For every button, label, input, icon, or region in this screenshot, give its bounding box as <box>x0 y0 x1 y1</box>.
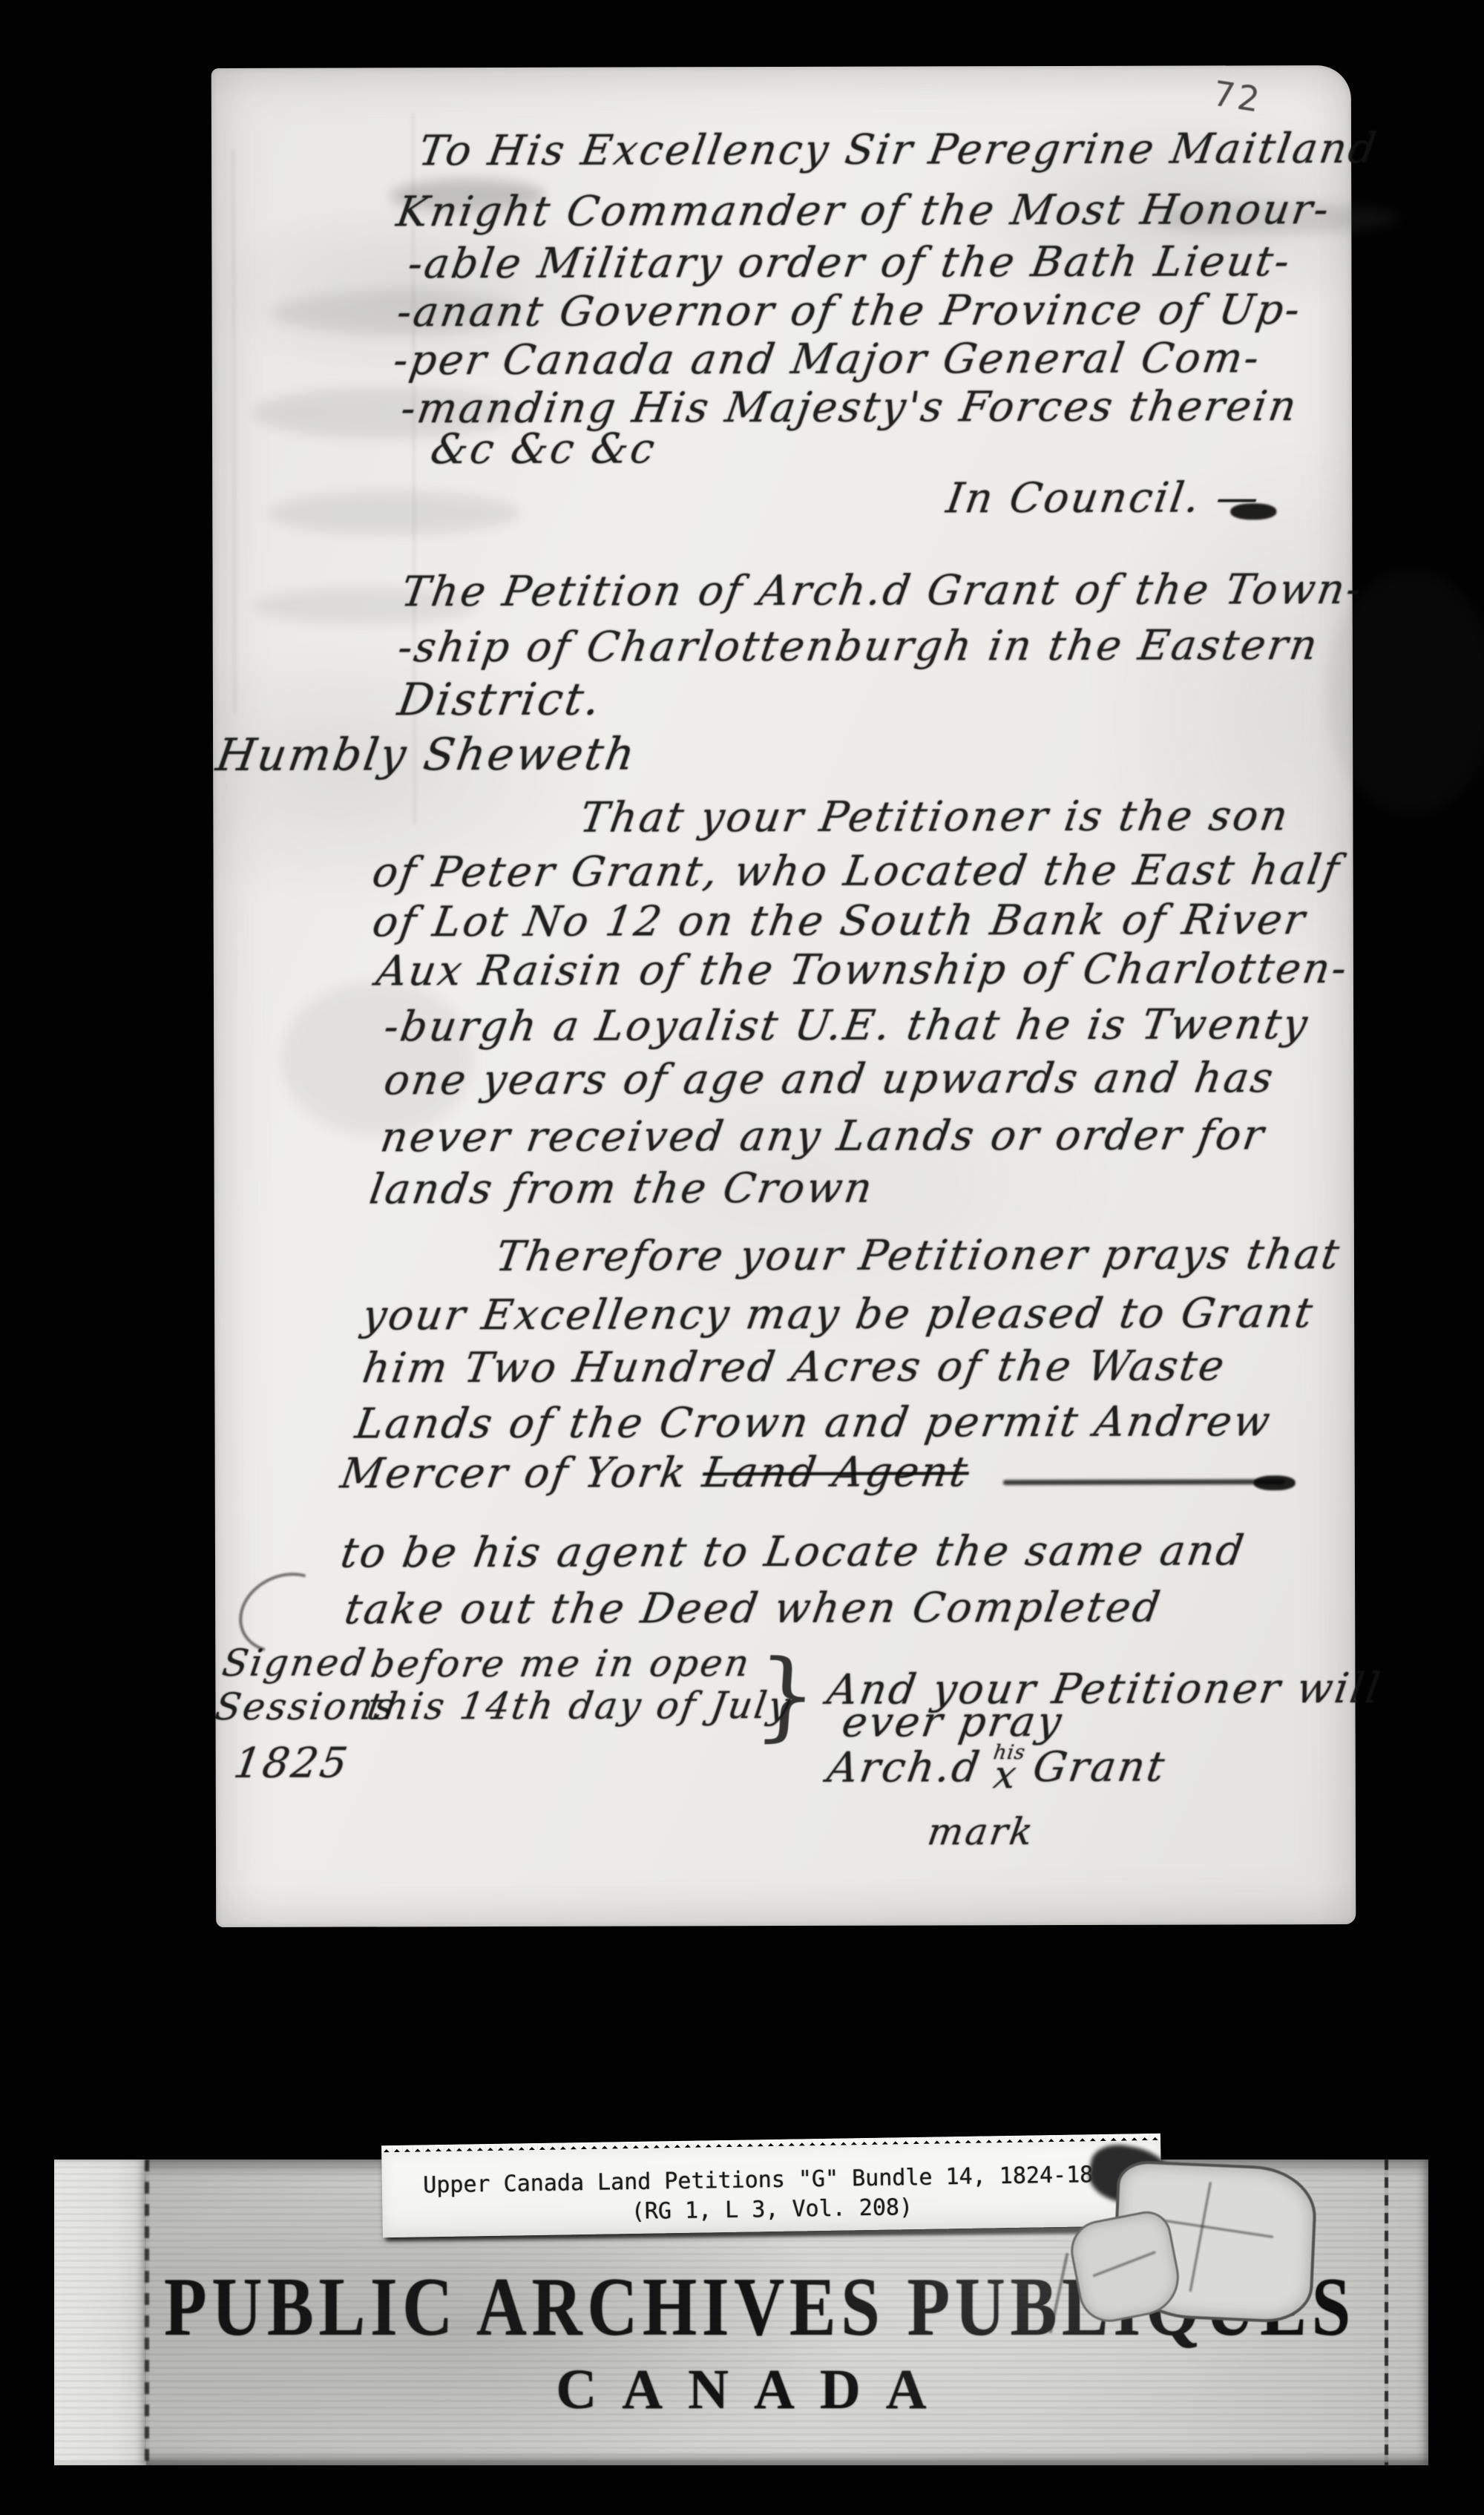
prayer-line: your Excellency may be pleased to Grant <box>359 1289 1318 1340</box>
in-council-line: In Council. — <box>943 473 1264 522</box>
his-mark-stack: his x <box>988 1745 1027 1791</box>
attestation-brace: } <box>752 1639 821 1751</box>
attestation-year: 1825 <box>231 1739 353 1788</box>
microfilm-frame: 72 To His Excellency Sir Peregrine Maitl… <box>0 0 1484 2515</box>
body-line: That your Petitioner is the son <box>577 792 1293 842</box>
archives-subtitle: CANADA <box>54 2361 1428 2418</box>
closing-line: ever pray <box>839 1698 1067 1747</box>
signature-line: Arch.d his x Grant <box>824 1743 1170 1792</box>
ink-dash <box>1003 1479 1285 1485</box>
agent-line: to be his agent to Locate the same and <box>338 1527 1249 1577</box>
attestation-date: this 14th day of July <box>364 1684 795 1728</box>
reference-label: Upper Canada Land Petitions "G" Bundle 1… <box>381 2140 1162 2237</box>
body-line: lands from the Crown <box>367 1164 878 1214</box>
body-line: one years of age and upwards and has <box>381 1054 1278 1104</box>
heading-line: -per Canada and Major General Com- <box>390 334 1264 384</box>
prayer-line: Lands of the Crown and permit Andrew <box>352 1397 1275 1448</box>
mercer-text: Mercer of York <box>338 1449 707 1498</box>
label-perforated-edge <box>381 2134 1160 2153</box>
card-left-strip <box>54 2160 146 2465</box>
card-right-tear <box>1385 2160 1388 2465</box>
intro-line: The Petition of Arch.d Grant of the Town… <box>398 565 1367 616</box>
heading-line: -able Military order of the Bath Lieut- <box>404 237 1295 288</box>
agent-line: take out the Deed when Completed <box>341 1584 1165 1634</box>
petition-page: 72 To His Excellency Sir Peregrine Maitl… <box>211 65 1356 1927</box>
body-line: never received any Lands or order for <box>377 1111 1269 1161</box>
heading-line: To His Excellency Sir Peregrine Maitland <box>416 125 1382 175</box>
salutation-line: Humbly Sheweth <box>213 729 640 782</box>
prayer-line: him Two Hundred Acres of the Waste <box>359 1342 1229 1392</box>
tape-crease <box>1189 2182 1212 2292</box>
attestation-before: before me in open <box>368 1642 755 1685</box>
intro-line: District. <box>395 674 606 727</box>
tape-crease <box>1093 2251 1156 2277</box>
card-crack <box>1049 2253 1069 2333</box>
signature-row: Arch.d his x Grant <box>824 1743 1170 1792</box>
ink-blob <box>1254 1475 1296 1490</box>
signature-forename: Arch.d <box>824 1743 985 1792</box>
x-mark: x <box>991 1761 1020 1792</box>
body-line: -burgh a Loyalist U.E. that he is Twenty <box>381 1000 1313 1051</box>
attestation-signed: Signed <box>220 1641 370 1685</box>
heading-line: -anant Governor of the Province of Up- <box>394 286 1306 336</box>
intro-line: -ship of Charlottenburgh in the Eastern <box>395 621 1323 672</box>
handwriting-layer: To His Excellency Sir Peregrine Maitland… <box>211 65 1356 1927</box>
prayer-line-mercer: Mercer of York Land Agent <box>338 1448 973 1498</box>
signature-surname: Grant <box>1030 1743 1170 1791</box>
ink-blob <box>1230 503 1276 519</box>
body-line: of Lot No 12 on the South Bank of River <box>370 896 1310 946</box>
heading-etc: &c &c &c <box>427 424 660 473</box>
prayer-line: Therefore your Petitioner prays that <box>493 1230 1345 1281</box>
body-line: of Peter Grant, who Located the East hal… <box>369 846 1344 896</box>
struck-land-agent: Land Agent <box>700 1448 973 1497</box>
heading-line: Knight Commander of the Most Honour- <box>393 186 1334 236</box>
mark-word: mark <box>925 1810 1037 1853</box>
card-seam <box>145 2160 149 2465</box>
body-line: Aux Raisin of the Township of Charlotten… <box>373 945 1352 995</box>
